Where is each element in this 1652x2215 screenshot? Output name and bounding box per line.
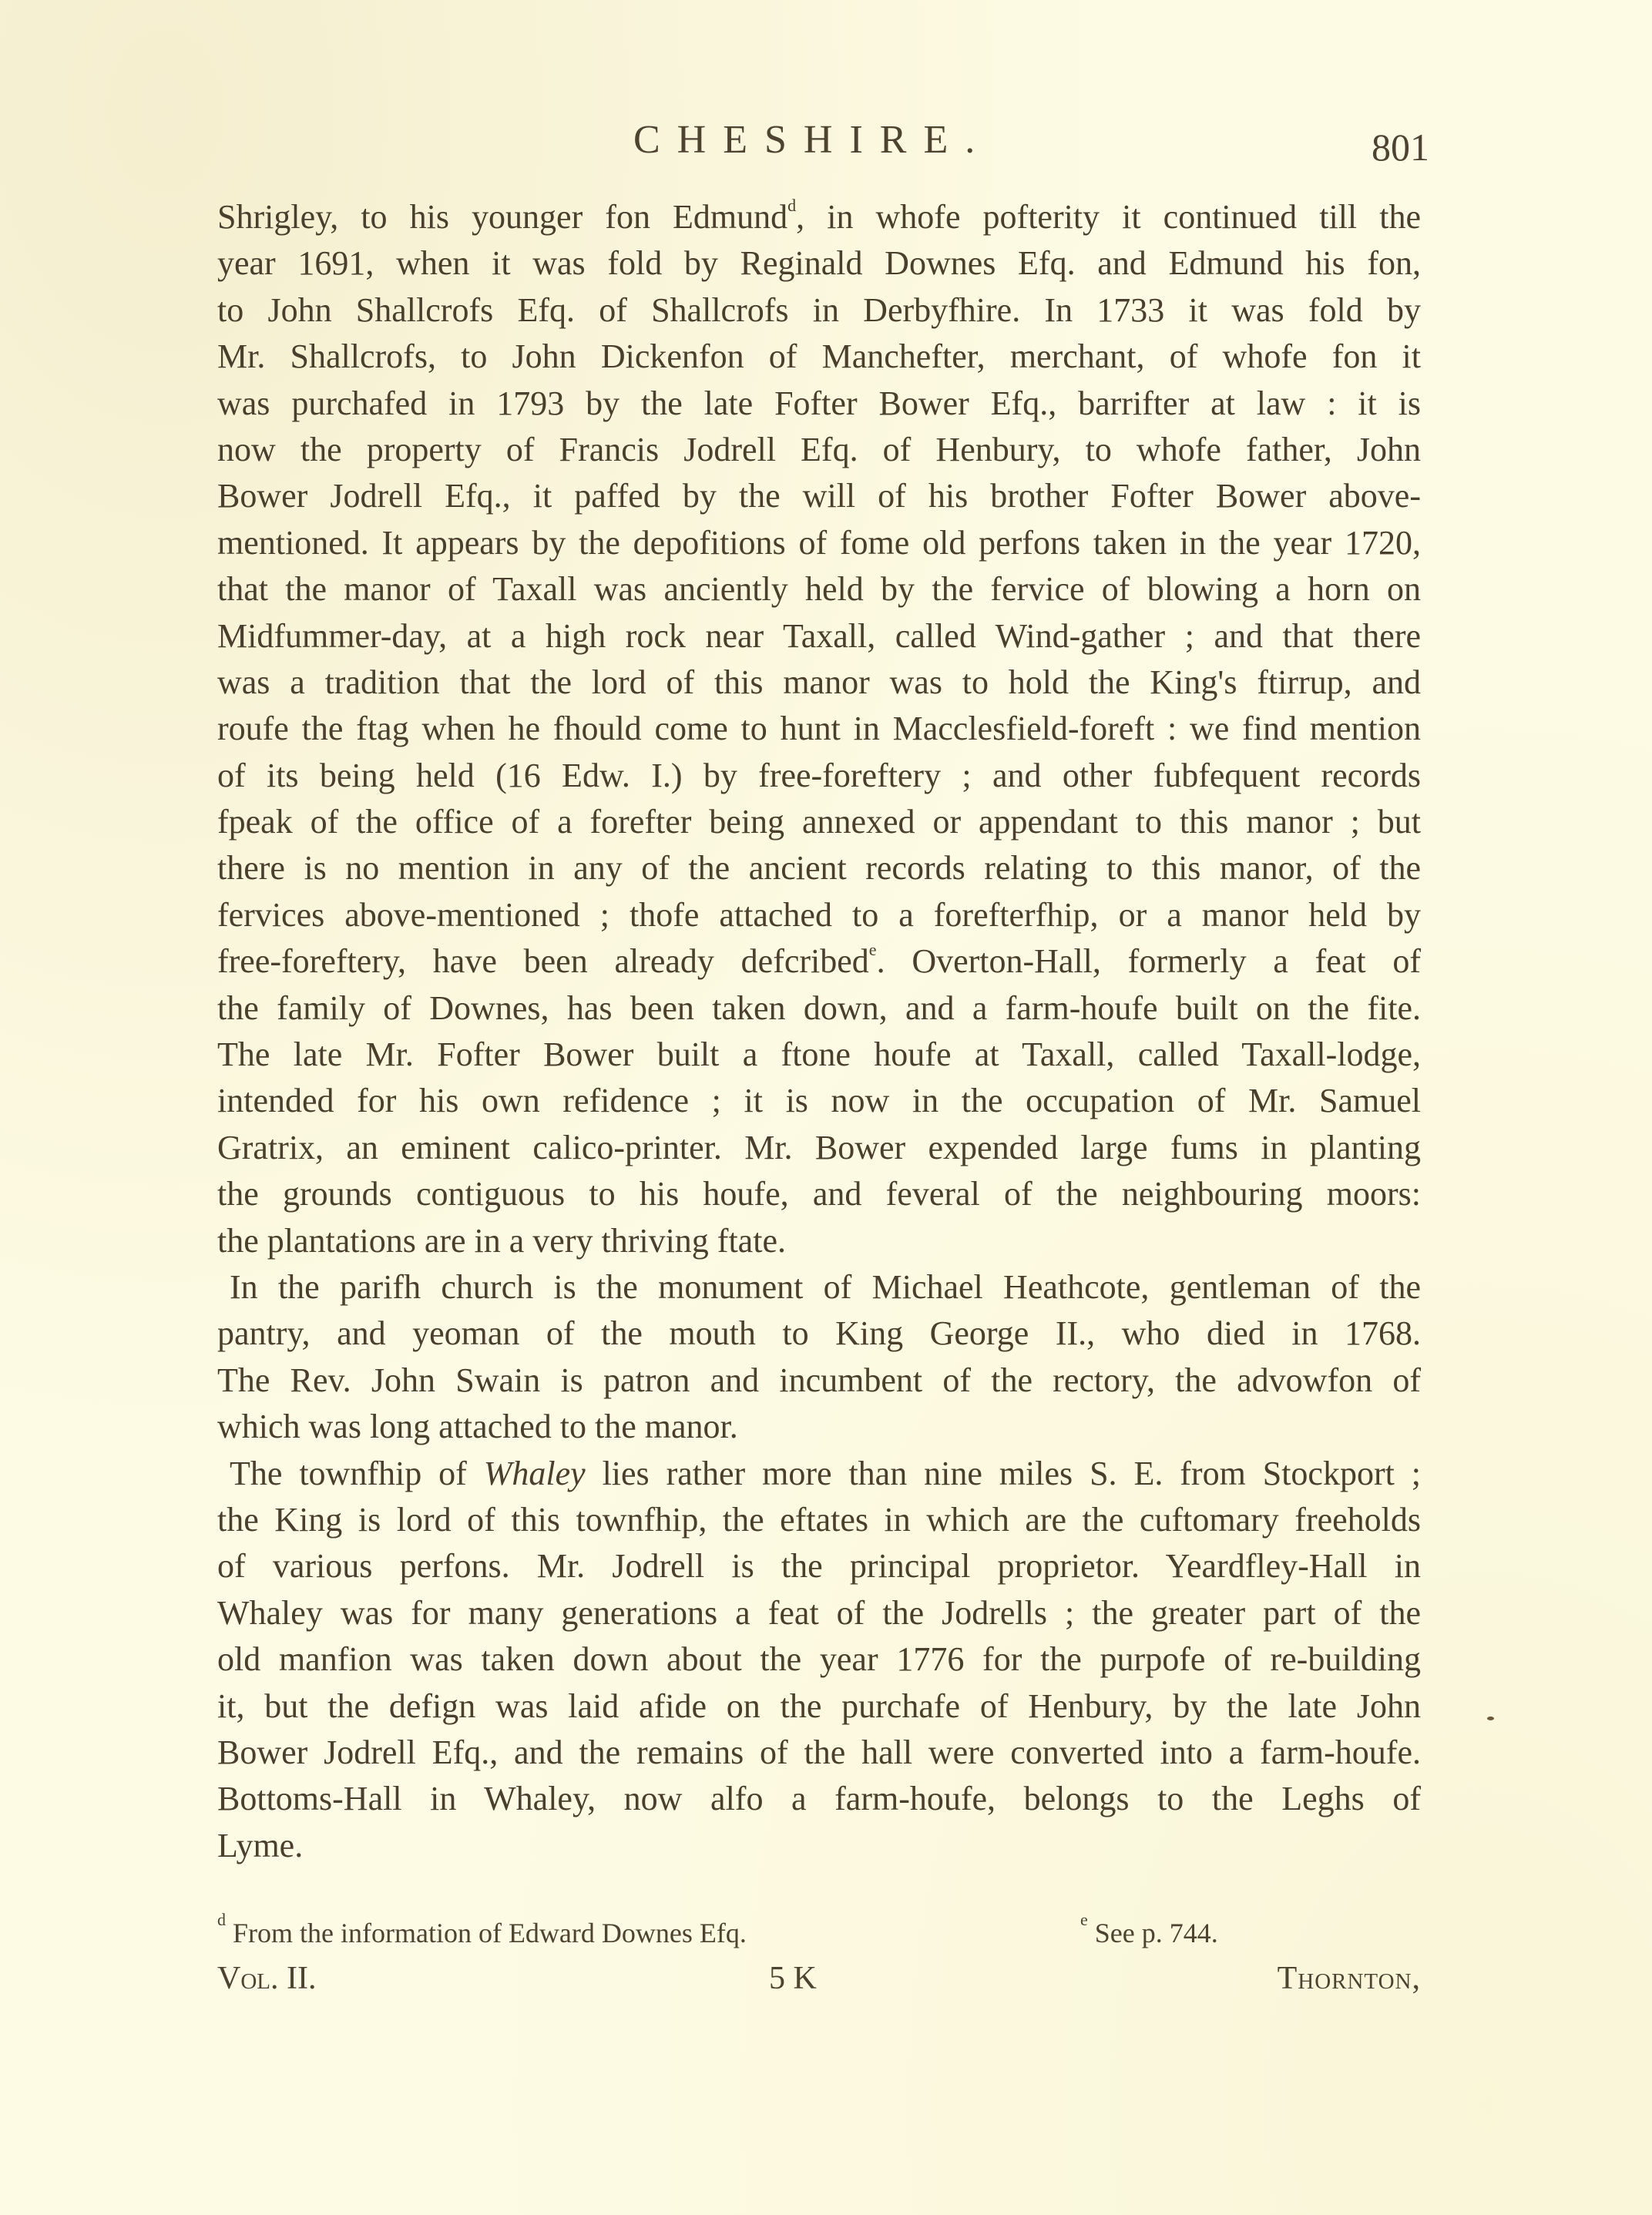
- footnote-marker: d: [217, 1910, 226, 1929]
- text-line: intended for his own refidence ; it is n…: [217, 1078, 1421, 1124]
- text-line: mentioned. It appears by the depofitions…: [217, 520, 1421, 566]
- text-line: free-foreftery, have been already defcri…: [217, 938, 1421, 985]
- paragraph-end-line: the plantations are in a very thriving f…: [217, 1218, 1421, 1264]
- text-line: year 1691, when it was fold by Reginald …: [217, 240, 1421, 287]
- text-line: of various perfons. Mr. Jodrell is the p…: [217, 1543, 1421, 1589]
- text-line: old manfion was taken down about the yea…: [217, 1636, 1421, 1683]
- place-name-italic: Whaley: [484, 1455, 586, 1492]
- body-text: Shrigley, to his younger fon Edmundd, in…: [217, 194, 1421, 1869]
- paragraph-end-line: Lyme.: [217, 1823, 1421, 1869]
- footnote-ref-e: e: [869, 940, 877, 959]
- text-line: of its being held (16 Edw. I.) by free-f…: [217, 753, 1421, 799]
- text-line: The late Mr. Fofter Bower built a ftone …: [217, 1032, 1421, 1078]
- text-line: there is no mention in any of the ancien…: [217, 845, 1421, 891]
- text-line: the grounds contiguous to his houfe, and…: [217, 1171, 1421, 1217]
- text-line: the King is lord of this townfhip, the e…: [217, 1497, 1421, 1543]
- text-line: Bower Jodrell Efq., it paffed by the wil…: [217, 473, 1421, 519]
- volume-label: Vol. II.: [217, 1960, 316, 1997]
- text-line: Bottoms-Hall in Whaley, now alfo a farm-…: [217, 1776, 1421, 1822]
- paragraph-start-line: The townfhip of Whaley lies rather more …: [217, 1451, 1421, 1497]
- page-footer: Vol. II. 5 K Thornton,: [217, 1960, 1421, 2006]
- text-line: Shrigley, to his younger fon Edmundd, in…: [217, 194, 1421, 240]
- text-line: was purchafed in 1793 by the late Fofter…: [217, 381, 1421, 427]
- text-line: to John Shallcrofs Efq. of Shallcrofs in…: [217, 287, 1421, 334]
- text-line: Bower Jodrell Efq., and the remains of t…: [217, 1730, 1421, 1776]
- paper-speck: [428, 1144, 431, 1149]
- footnote-marker: e: [1080, 1910, 1088, 1929]
- footnote-e: e See p. 744.: [1080, 1917, 1218, 1949]
- footnote-d: d From the information of Edward Downes …: [217, 1917, 747, 1949]
- text-line: fervices above-mentioned ; thofe attache…: [217, 892, 1421, 938]
- running-head: CHESHIRE. 801: [0, 117, 1652, 179]
- running-title: CHESHIRE.: [633, 117, 992, 163]
- signature-mark: 5 K: [769, 1960, 817, 1997]
- text-line: Whaley was for many generations a feat o…: [217, 1590, 1421, 1636]
- text-line: it, but the defign was laid afide on the…: [217, 1683, 1421, 1730]
- page-number: 801: [1372, 125, 1429, 169]
- text-line: now the property of Francis Jodrell Efq.…: [217, 427, 1421, 473]
- text-line: The Rev. John Swain is patron and incumb…: [217, 1358, 1421, 1404]
- text-line: was a tradition that the lord of this ma…: [217, 659, 1421, 706]
- text-line: Mr. Shallcrofs, to John Dickenfon of Man…: [217, 334, 1421, 380]
- paper-speck: [1487, 1717, 1494, 1720]
- footnote-ref-d: d: [787, 196, 796, 215]
- text-line: that the manor of Taxall was anciently h…: [217, 566, 1421, 612]
- catchword: Thornton,: [1278, 1960, 1421, 1997]
- paragraph-end-line: which was long attached to the manor.: [217, 1404, 1421, 1450]
- text-line: pantry, and yeoman of the mouth to King …: [217, 1311, 1421, 1357]
- text-line: the family of Downes, has been taken dow…: [217, 985, 1421, 1032]
- text-line: Gratrix, an eminent calico-printer. Mr. …: [217, 1125, 1421, 1171]
- text-line: roufe the ftag when he fhould come to hu…: [217, 706, 1421, 752]
- text-line: fpeak of the office of a forefter being …: [217, 799, 1421, 845]
- footnotes: d From the information of Edward Downes …: [217, 1917, 1421, 1955]
- paragraph-start-line: In the parifh church is the monument of …: [217, 1264, 1421, 1311]
- text-line: Midfummer-day, at a high rock near Taxal…: [217, 613, 1421, 659]
